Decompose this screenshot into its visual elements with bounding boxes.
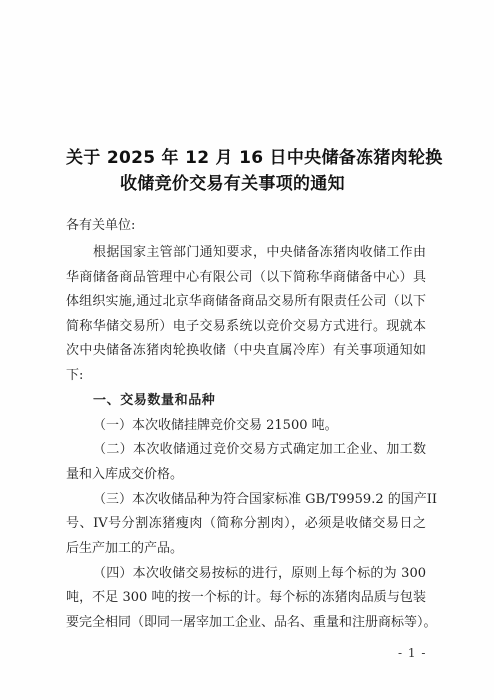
section-heading: 一、交易数量和品种 — [93, 392, 426, 410]
intro-line: 次中央储备冻猪肉轮换收储（中央直属冷库）有关事项通知如 — [66, 342, 426, 360]
intro-line: 体组织实施,通过北京华商储备商品交易所有限责任公司（以下 — [66, 293, 426, 311]
intro-line: 简称华储交易所）电子交易系统以竞价交易方式进行。现就本 — [66, 318, 426, 336]
item-line: 后生产加工的产品。 — [66, 540, 426, 558]
item-line: 要完全相同（即同一屠宰加工企业、品名、重量和注册商标等）。 — [66, 614, 426, 632]
item-line: （一）本次收储挂牌竞价交易 21500 吨。 — [93, 417, 426, 435]
item-line: 号、IV号分割冻猪瘦肉（简称分割肉），必须是收储交易日之 — [66, 515, 426, 533]
salutation: 各有关单位: — [66, 217, 426, 235]
intro-line: 华商储备商品管理中心有限公司（以下简称华商储备中心）具 — [66, 269, 426, 287]
item-line: （四）本次收储交易按标的进行，原则上每个标的为 300 — [93, 565, 426, 583]
intro-line: 根据国家主管部门通知要求，中央储备冻猪肉收储工作由 — [93, 244, 426, 262]
item-line: （二）本次收储通过竞价交易方式确定加工企业、加工数 — [93, 441, 426, 459]
item-line: 吨，不足 300 吨的按一个标的计。每个标的冻猪肉品质与包装 — [66, 589, 426, 607]
item-line: 量和入库成交价格。 — [66, 466, 426, 484]
page-number: - 1 - — [398, 646, 426, 660]
document-title-line-2: 收储竞价交易有关事项的通知 — [120, 174, 345, 194]
intro-line: 下: — [66, 367, 426, 385]
item-line: （三）本次收储品种为符合国家标准 GB/T9959.2 的国产II — [93, 491, 426, 509]
document-title-line-1: 关于 2025 年 12 月 16 日中央储备冻猪肉轮换 — [66, 148, 443, 168]
document-page: 关于 2025 年 12 月 16 日中央储备冻猪肉轮换 收储竞价交易有关事项的… — [0, 0, 494, 700]
